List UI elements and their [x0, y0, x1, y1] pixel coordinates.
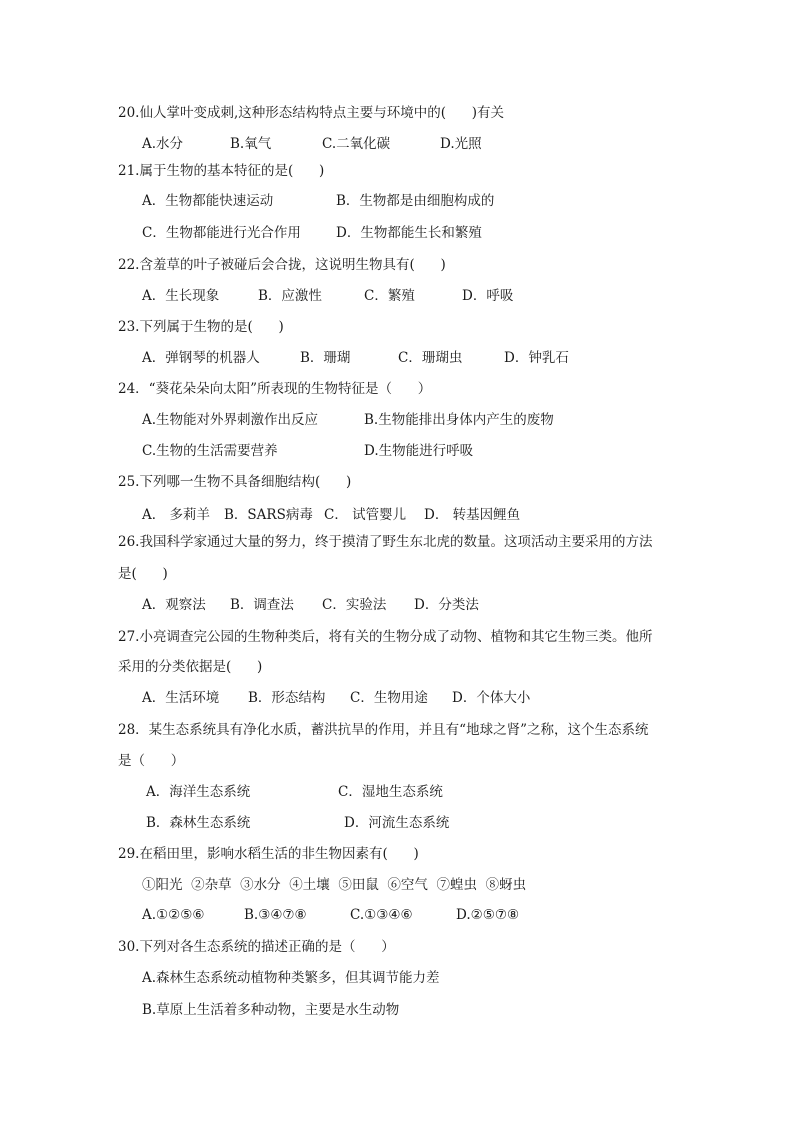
- question-28-option-c: C．湿地生态系统: [338, 783, 443, 801]
- question-27-stem: 27.小亮调查完公园的生物种类后，将有关的生物分成了动物、植物和其它生物三类。他…: [118, 628, 652, 646]
- question-20-option-a: A.水分: [142, 135, 183, 153]
- question-27-option-b: B．形态结构: [248, 689, 325, 707]
- question-21-option-b: B．生物都是由细胞构成的: [336, 192, 494, 210]
- question-25-option-c: C． 试管婴儿: [324, 506, 406, 524]
- question-26-option-b: B．调查法: [230, 596, 294, 614]
- question-23-option-c: C．珊瑚虫: [398, 349, 462, 367]
- question-28-option-d: D．河流生态系统: [344, 814, 449, 832]
- question-26-option-c: C．实验法: [322, 596, 386, 614]
- question-26-stem-continued: 是( ): [118, 565, 168, 583]
- question-27-option-a: A．生活环境: [142, 689, 219, 707]
- question-28-option-b: B．森林生态系统: [146, 814, 250, 832]
- question-29-option-b: B.③④⑦⑧: [244, 906, 307, 924]
- question-29-option-a: A.①②⑤⑥: [142, 906, 204, 924]
- question-21-option-a: A．生物都能快速运动: [142, 192, 273, 210]
- question-30-stem: 30.下列对各生态系统的描述正确的是（ ）: [118, 938, 395, 956]
- question-23-option-a: A．弹钢琴的机器人: [142, 349, 260, 367]
- question-20-stem: 20.仙人掌叶变成刺,这种形态结构特点主要与环境中的( )有关: [118, 104, 504, 122]
- question-20-option-b: B.氧气: [230, 135, 271, 153]
- question-23-option-d: D．钟乳石: [504, 349, 569, 367]
- question-29-factors: ①阳光 ②杂草 ③水分 ④土壤 ⑤田鼠 ⑥空气 ⑦蝗虫 ⑧蚜虫: [142, 876, 526, 894]
- question-27-option-c: C．生物用途: [350, 689, 428, 707]
- question-22-option-d: D．呼吸: [462, 287, 513, 305]
- question-24-stem: 24．“葵花朵朵向太阳”所表现的生物特征是（ ）: [118, 380, 431, 398]
- question-29-option-c: C.①③④⑥: [350, 906, 413, 924]
- question-29-option-d: D.②⑤⑦⑧: [456, 906, 519, 924]
- question-25-stem: 25.下列哪一生物不具备细胞结构( ): [118, 473, 351, 491]
- question-30-option-b: B.草原上生活着多种动物，主要是水生动物: [142, 1001, 399, 1019]
- question-25-option-a: A． 多莉羊: [142, 506, 210, 524]
- question-27-option-d: D．个体大小: [452, 689, 530, 707]
- question-22-option-b: B．应激性: [258, 287, 322, 305]
- question-28-stem: 28．某生态系统具有净化水质，蓄洪抗旱的作用，并且有“地球之肾”之称，这个生态系…: [118, 721, 648, 739]
- question-26-option-d: D．分类法: [414, 596, 479, 614]
- question-26-option-a: A．观察法: [142, 596, 206, 614]
- question-27-stem-continued: 采用的分类依据是( ): [118, 658, 262, 676]
- question-22-option-c: C．繁殖: [364, 287, 415, 305]
- question-24-option-a: A.生物能对外界刺激作出反应: [142, 411, 318, 429]
- question-22-stem: 22.含羞草的叶子被碰后会合拢，这说明生物具有( ): [118, 256, 446, 274]
- question-21-stem: 21.属于生物的基本特征的是( ): [118, 162, 324, 180]
- question-25-option-d: D． 转基因鲤鱼: [424, 506, 520, 524]
- question-29-stem: 29.在稻田里，影响水稻生活的非生物因素有( ): [118, 845, 419, 863]
- question-23-stem: 23.下列属于生物的是( ): [118, 318, 284, 336]
- question-20-option-c: C.二氧化碳: [322, 135, 390, 153]
- question-21-option-c: C．生物都能进行光合作用: [142, 224, 301, 242]
- question-23-option-b: B．珊瑚: [300, 349, 350, 367]
- question-22-option-a: A．生长现象: [142, 287, 219, 305]
- question-24-option-d: D.生物能进行呼吸: [364, 442, 473, 460]
- question-20-option-d: D.光照: [440, 135, 482, 153]
- question-24-option-c: C.生物的生活需要营养: [142, 442, 278, 460]
- question-28-option-a: A．海洋生态系统: [146, 783, 250, 801]
- question-21-option-d: D．生物都能生长和繁殖: [336, 224, 482, 242]
- question-26-stem: 26.我国科学家通过大量的努力，终于摸清了野生东北虎的数量。这项活动主要采用的方…: [118, 533, 652, 551]
- question-28-stem-continued: 是（ ）: [118, 752, 184, 770]
- question-25-option-b: B．SARS病毒: [224, 506, 313, 524]
- question-30-option-a: A.森林生态系统动植物种类繁多，但其调节能力差: [142, 969, 440, 987]
- question-24-option-b: B.生物能排出身体内产生的废物: [364, 411, 554, 429]
